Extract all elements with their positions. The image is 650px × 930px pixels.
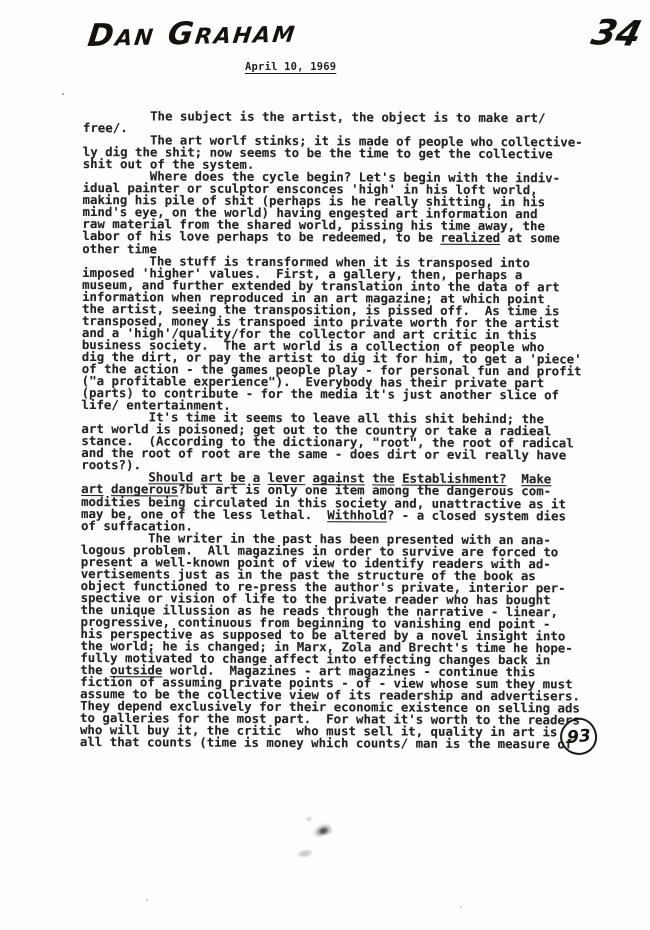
- page-number-handwritten: 34: [587, 13, 645, 55]
- ink-speck: [62, 93, 64, 95]
- typewritten-text: The subject is the artist, the object is…: [80, 110, 583, 751]
- text-line: The subject is the artist, the object is…: [83, 110, 583, 124]
- scanned-document-page: Dan Graham 34 April 10, 1969 The subject…: [0, 0, 650, 930]
- ink-speck: [146, 899, 148, 901]
- ink-smudge: [305, 816, 313, 822]
- document-date: April 10, 1969: [245, 61, 336, 73]
- ink-speck: [460, 906, 462, 908]
- ink-smudge: [311, 821, 334, 839]
- text-line: and the root of root are the same - does…: [81, 447, 581, 461]
- ink-smudge: [295, 848, 314, 860]
- author-signature-handwritten: Dan Graham: [86, 14, 299, 54]
- text-line: all that counts (time is money which cou…: [80, 736, 580, 750]
- circled-page-number-value: 93: [566, 726, 591, 748]
